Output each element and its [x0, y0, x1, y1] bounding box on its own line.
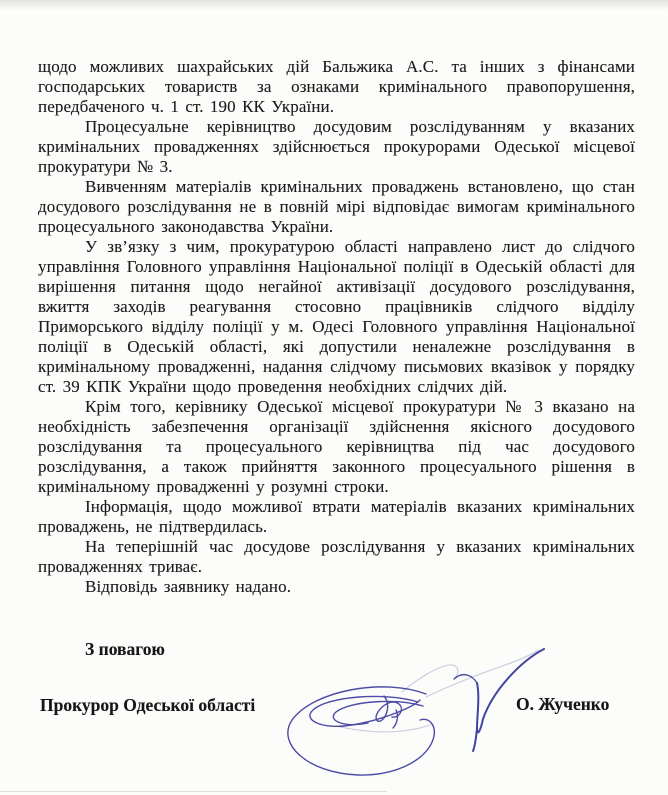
signature-scribble — [393, 710, 397, 728]
body-paragraph: Процесуальне керівництво досудовим розсл… — [38, 117, 635, 177]
body-paragraph: щодо можливих шахрайських дій Бальжика А… — [38, 57, 635, 117]
body-paragraph: Інформація, щодо можливої втрати матеріа… — [38, 497, 635, 537]
signature-check-stroke — [477, 649, 544, 732]
closing-salutation: З повагою — [85, 639, 165, 660]
signature-inner-loop — [333, 701, 423, 724]
scan-artifact-bottom-edge — [0, 791, 387, 792]
signature-scribble — [376, 696, 401, 721]
signature-big-loop — [288, 687, 434, 775]
signature-faint-stroke — [426, 650, 539, 697]
body-paragraph: Крім того, керівнику Одеської місцевої п… — [38, 397, 635, 497]
scanned-letter-page: щодо можливих шахрайських дій Бальжика А… — [0, 0, 668, 795]
signature-inner-loop — [310, 696, 420, 726]
body-paragraph: У зв’язку з чим, прокуратурою області на… — [38, 237, 635, 397]
signer-name: О. Жученко — [516, 694, 609, 715]
signature-check-tail — [473, 728, 477, 751]
body-paragraph: Відповідь заявнику надано. — [38, 577, 635, 597]
signature-faint-stroke — [402, 665, 458, 692]
scan-artifact-top-edge — [0, 0, 668, 10]
body-paragraph: На теперішній час досудове розслідування… — [38, 537, 635, 577]
body-paragraph: Вивченням матеріалів кримінальних провад… — [38, 177, 635, 237]
signature-hat — [454, 675, 477, 683]
signer-title: Прокурор Одеської області — [40, 695, 255, 716]
letter-body: щодо можливих шахрайських дій Бальжика А… — [38, 57, 635, 597]
signature-faint-stroke — [336, 725, 430, 732]
